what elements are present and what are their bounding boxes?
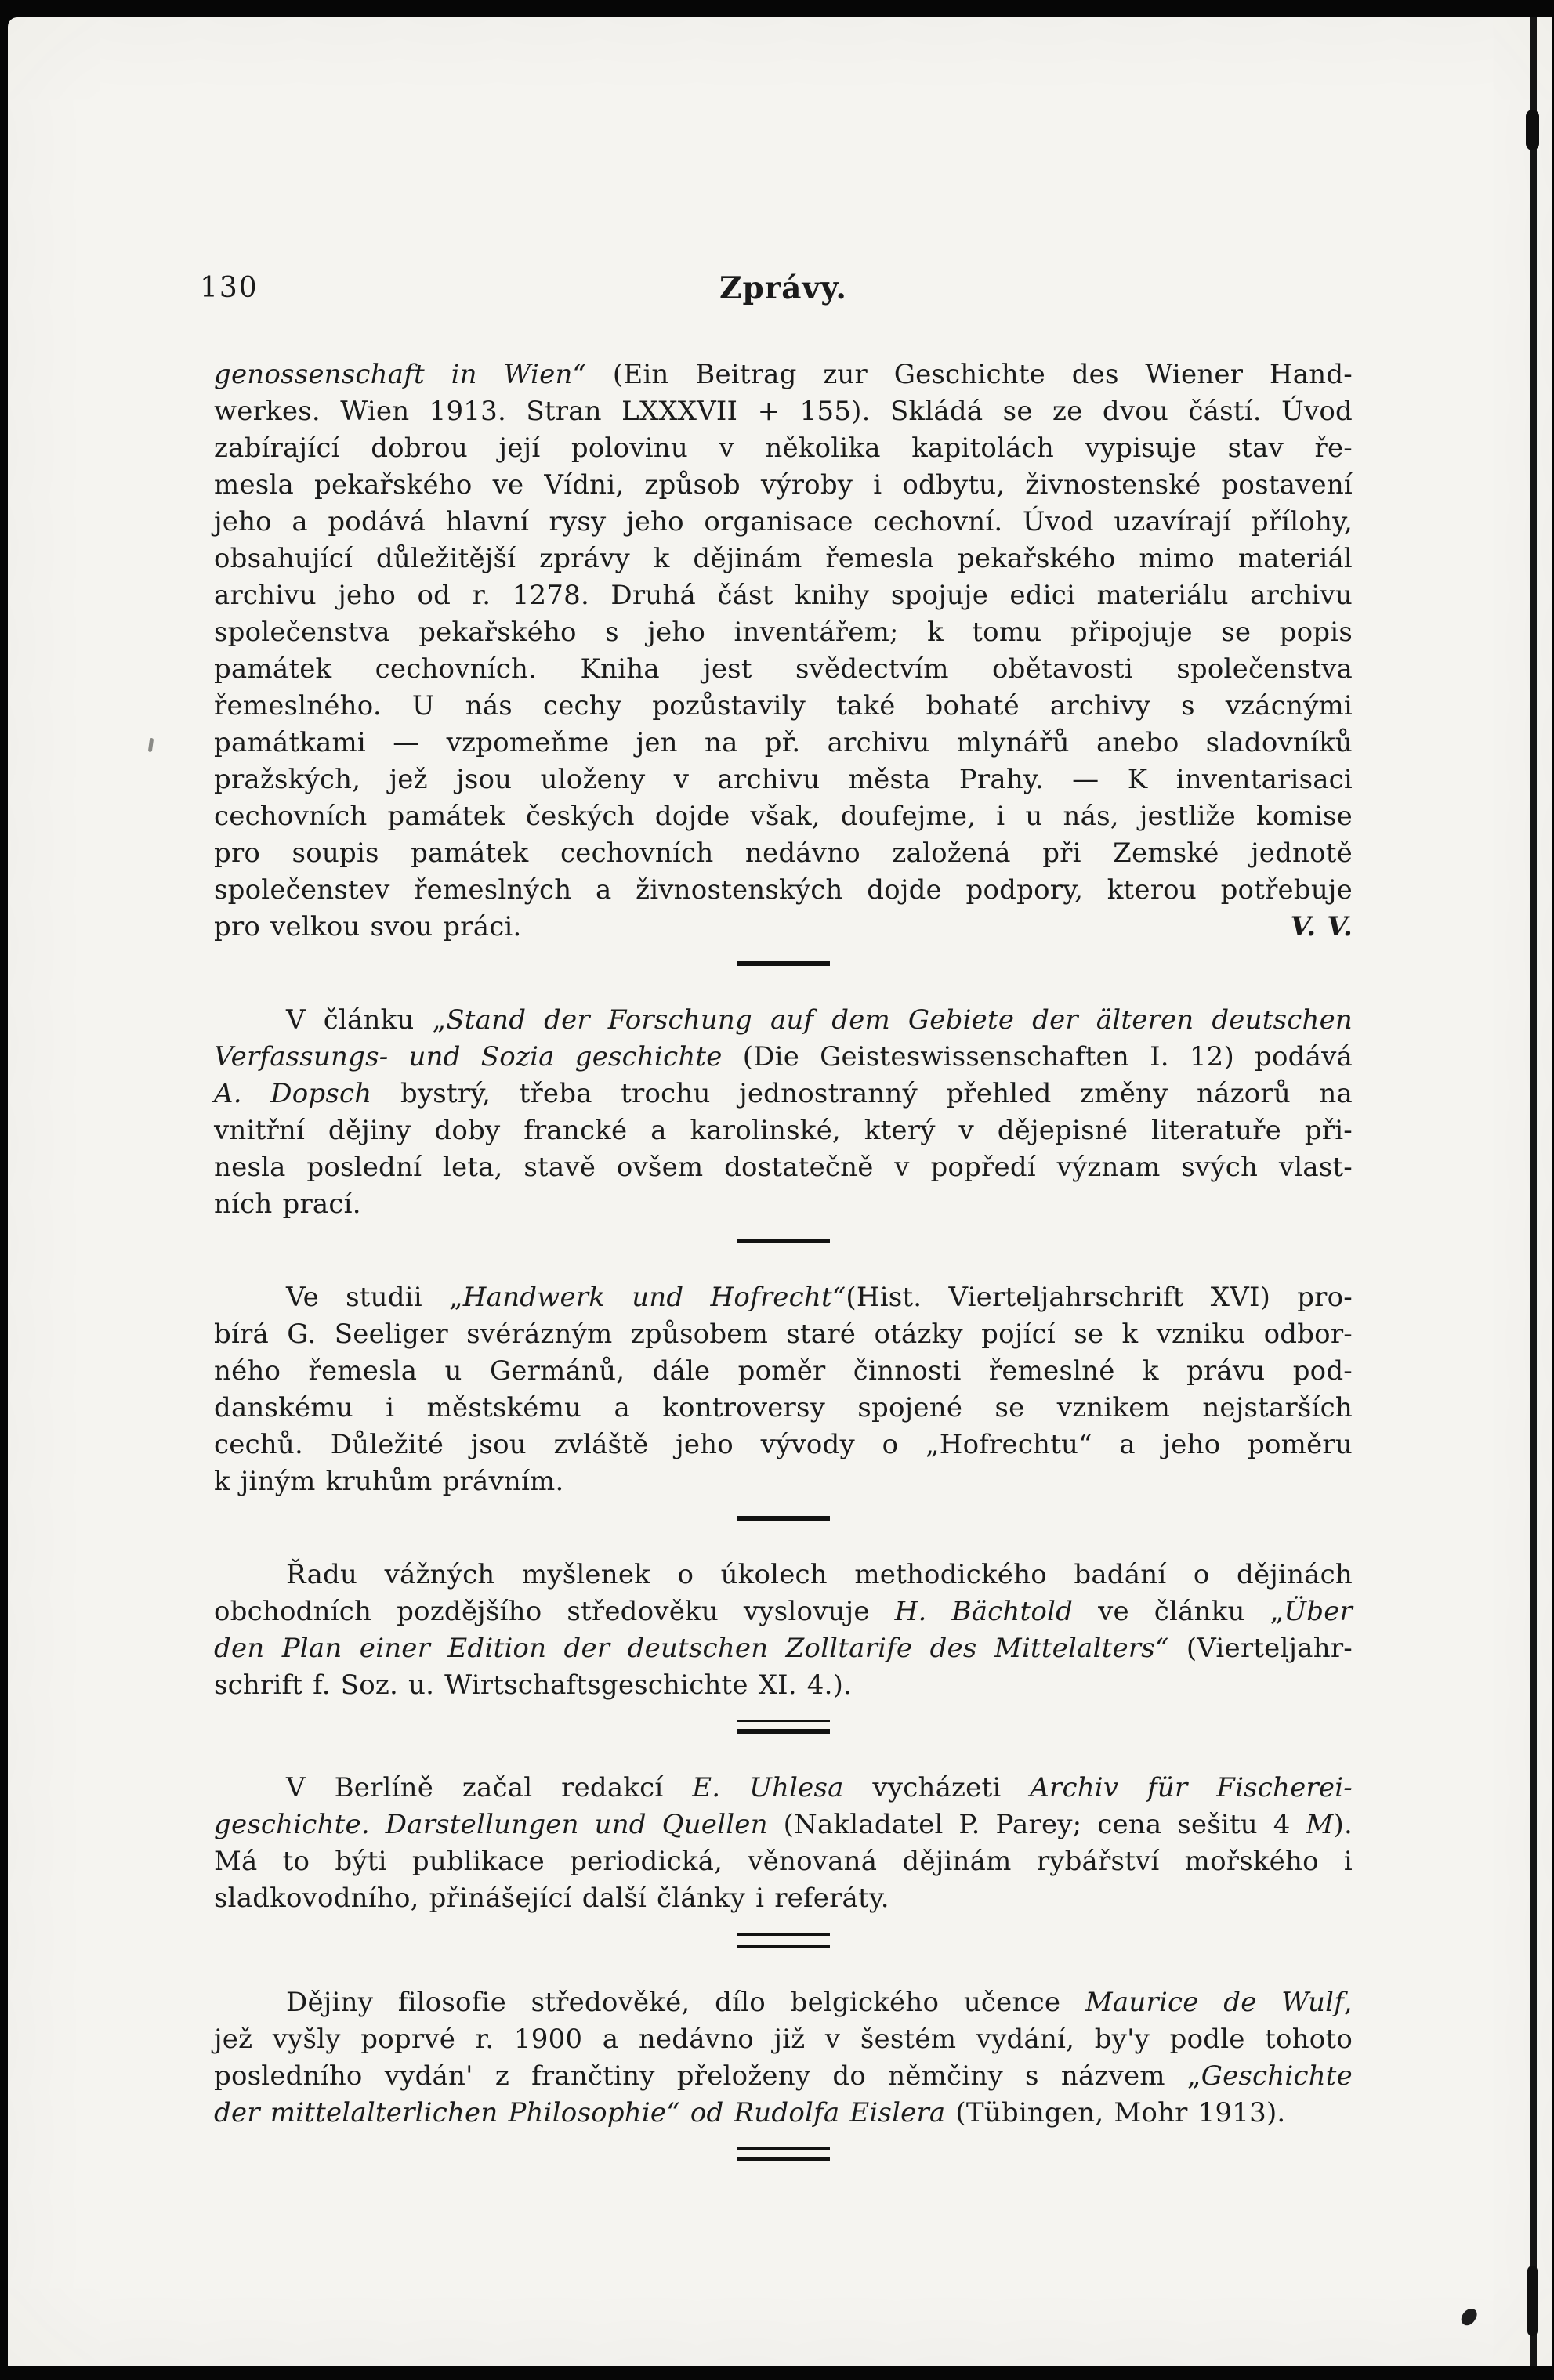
text-line: sladkovodního, přinášející další články … — [214, 1880, 1353, 1917]
paragraph: V Berlíně začal redakcí E. Uhlesa vycház… — [214, 1770, 1353, 1917]
text-line: den Plan einer Edition der deutschen Zol… — [214, 1630, 1353, 1667]
text-line: A. Dopsch bystrý, třeba trochu jednostra… — [214, 1076, 1353, 1112]
text-segment: ních prací. — [214, 1188, 361, 1220]
text-segment: ). — [1334, 1809, 1353, 1840]
page-title: Zprávy. — [214, 270, 1353, 306]
text-segment: Ve studii „ — [286, 1282, 463, 1313]
text-segment: Archiv für Fischerei- — [1030, 1772, 1353, 1803]
signature: V. V. — [1291, 909, 1353, 946]
text-block: genossenschaft in Wien“ (Ein Beitrag zur… — [214, 356, 1353, 2161]
text-segment: Řadu vážných myšlenek o úkolech methodic… — [286, 1559, 1353, 1590]
text-line: werkes. Wien 1913. Stran LXXXVII + 155).… — [214, 393, 1353, 430]
text-segment: werkes. Wien 1913. Stran LXXXVII + 155).… — [214, 396, 1353, 427]
text-line: der mittelalterlichen Philosophie“ od Ru… — [214, 2095, 1353, 2132]
text-line: geschichte. Darstellungen und Quellen (N… — [214, 1807, 1353, 1843]
text-line: V. V.pro velkou svou práci. — [214, 909, 1353, 946]
text-segment: vycházeti — [844, 1772, 1031, 1803]
text-segment: (Die Geisteswissenschaften I. 12) podává — [723, 1041, 1353, 1072]
paragraph: genossenschaft in Wien“ (Ein Beitrag zur… — [214, 356, 1353, 946]
text-segment: (Tübingen, Mohr 1913). — [945, 2097, 1285, 2129]
text-segment: jež vyšly poprvé r. 1900 a nedávno již v… — [214, 2024, 1353, 2055]
text-line: V článku „Stand der Forschung auf dem Ge… — [214, 1002, 1353, 1039]
text-line: cechů. Důležité jsou zvláště jeho vývody… — [214, 1427, 1353, 1463]
text-segment: E. Uhlesa — [692, 1772, 843, 1803]
text-segment: Handwerk und Hofrecht“ — [463, 1282, 846, 1313]
text-line: jeho a podává hlavní rysy jeho organisac… — [214, 504, 1353, 541]
text-segment: obsahující důležitější zprávy k dějinám … — [214, 543, 1353, 574]
text-line: obsahující důležitější zprávy k dějinám … — [214, 541, 1353, 577]
text-segment: památkami — vzpomeňme jen na př. archivu… — [214, 727, 1353, 758]
paragraph: V článku „Stand der Forschung auf dem Ge… — [214, 1002, 1353, 1223]
paragraph: Ve studii „Handwerk und Hofrecht“(Hist. … — [214, 1279, 1353, 1500]
text-segment: zabírající dobrou její polovinu v několi… — [214, 432, 1353, 464]
text-segment: Maurice de Wulf — [1085, 1987, 1344, 2018]
text-line: archivu jeho od r. 1278. Druhá část knih… — [214, 577, 1353, 614]
text-line: Má to býti publikace periodická, věnovan… — [214, 1843, 1353, 1880]
text-segment: danskému i městskému a kontroversy spoje… — [214, 1392, 1353, 1423]
text-segment: památek cechovních. Kniha jest svědectví… — [214, 653, 1353, 685]
text-segment: ve článku „ — [1073, 1596, 1284, 1627]
text-line: společenstev řemeslných a živnostenských… — [214, 872, 1353, 909]
text-segment: Má to býti publikace periodická, věnovan… — [214, 1846, 1353, 1877]
page-edge-line — [1530, 17, 1537, 2366]
text-segment: (Hist. Vierteljahrschrift XVI) pro- — [846, 1282, 1353, 1313]
paragraph: Řadu vážných myšlenek o úkolech methodic… — [214, 1557, 1353, 1704]
text-segment: společenstev řemeslných a živnostenských… — [214, 874, 1353, 906]
text-line: řemeslného. U nás cechy pozůstavily také… — [214, 688, 1353, 725]
text-segment: cechů. Důležité jsou zvláště jeho vývody… — [214, 1429, 1353, 1460]
text-line: Řadu vážných myšlenek o úkolech methodic… — [214, 1557, 1353, 1593]
paragraph: Dějiny filosofie středověké, dílo belgic… — [214, 1984, 1353, 2132]
text-segment: H. Bächtold — [895, 1596, 1073, 1627]
text-segment: ného řemesla u Germánů, dále poměr činno… — [214, 1355, 1353, 1387]
text-segment: k jiným kruhům právním. — [214, 1466, 564, 1497]
text-segment: , — [1344, 1987, 1353, 2018]
text-segment: der mittelalterlichen Philosophie“ od Ru… — [214, 2097, 945, 2129]
text-segment: Stand der Forschung auf dem Gebiete der … — [446, 1004, 1353, 1036]
section-divider — [737, 1239, 830, 1243]
text-line: nesla poslední leta, stavě ovšem dostate… — [214, 1149, 1353, 1186]
section-divider — [737, 1933, 830, 1948]
text-segment: V článku „ — [286, 1004, 446, 1036]
text-segment: mesla pekařského ve Vídni, způsob výroby… — [214, 469, 1353, 501]
text-segment: V Berlíně začal redakcí — [286, 1772, 692, 1803]
text-segment: (Nakladatel P. Parey; cena sešitu 4 — [768, 1809, 1306, 1840]
text-line: vnitřní dějiny doby francké a karolinské… — [214, 1112, 1353, 1149]
text-line: Verfassungs- und Sozia geschichte (Die G… — [214, 1039, 1353, 1076]
text-segment: pro soupis památek cechovních nedávno za… — [214, 837, 1353, 869]
text-segment: bystrý, třeba trochu jednostranný přehle… — [371, 1078, 1353, 1109]
text-segment: společenstva pekařského s jeho inventáře… — [214, 617, 1353, 648]
text-segment: nesla poslední leta, stavě ovšem dostate… — [214, 1152, 1353, 1183]
text-segment: Dějiny filosofie středověké, dílo belgic… — [286, 1987, 1085, 2018]
text-segment: Verfassungs- und Sozia geschichte — [214, 1041, 723, 1072]
text-line: společenstva pekařského s jeho inventáře… — [214, 614, 1353, 651]
page-header: 130 Zprávy. — [214, 270, 1353, 309]
text-segment: Geschichte — [1201, 2060, 1353, 2092]
text-segment: sladkovodního, přinášející další články … — [214, 1883, 889, 1914]
text-column: 130 Zprávy. genossenschaft in Wien“ (Ein… — [214, 270, 1353, 2197]
text-segment: vnitřní dějiny doby francké a karolinské… — [214, 1115, 1353, 1146]
text-segment: bírá G. Seeliger svérázným způsobem star… — [214, 1318, 1353, 1350]
text-segment: (Ein Beitrag zur Geschichte des Wiener H… — [586, 359, 1353, 390]
text-segment: (Vierteljahr- — [1168, 1633, 1353, 1664]
text-line: památkami — vzpomeňme jen na př. archivu… — [214, 725, 1353, 761]
text-segment: posledního vydán' z frančtiny přeloženy … — [214, 2060, 1201, 2092]
text-segment: geschichte. Darstellungen und Quellen — [214, 1809, 768, 1840]
text-line: pro soupis památek cechovních nedávno za… — [214, 835, 1353, 872]
text-line: genossenschaft in Wien“ (Ein Beitrag zur… — [214, 356, 1353, 393]
text-line: obchodních pozdějšího středověku vyslovu… — [214, 1593, 1353, 1630]
text-line: zabírající dobrou její polovinu v několi… — [214, 430, 1353, 467]
text-segment: cechovních památek českých dojde však, d… — [214, 801, 1353, 832]
text-line: danskému i městskému a kontroversy spoje… — [214, 1390, 1353, 1427]
text-segment: A. Dopsch — [214, 1078, 371, 1109]
text-segment: řemeslného. U nás cechy pozůstavily také… — [214, 690, 1353, 722]
text-segment: jeho a podává hlavní rysy jeho organisac… — [214, 506, 1353, 537]
text-line: cechovních památek českých dojde však, d… — [214, 798, 1353, 835]
text-segment: schrift f. Soz. u. Wirtschaftsgeschichte… — [214, 1669, 852, 1701]
text-segment: archivu jeho od r. 1278. Druhá část knih… — [214, 580, 1353, 611]
text-line: ného řemesla u Germánů, dále poměr činno… — [214, 1353, 1353, 1390]
text-segment: pražských, jež jsou uloženy v archivu mě… — [214, 764, 1353, 795]
text-segment: pro velkou svou práci. — [214, 911, 522, 942]
section-divider — [737, 1516, 830, 1521]
text-line: bírá G. Seeliger svérázným způsobem star… — [214, 1316, 1353, 1353]
text-line: pražských, jež jsou uloženy v archivu mě… — [214, 761, 1353, 798]
text-line: ních prací. — [214, 1186, 1353, 1223]
text-line: V Berlíně začal redakcí E. Uhlesa vycház… — [214, 1770, 1353, 1807]
text-segment: den Plan einer Edition der deutschen Zol… — [214, 1633, 1168, 1664]
text-segment: Über — [1284, 1596, 1353, 1627]
text-line: Ve studii „Handwerk und Hofrecht“(Hist. … — [214, 1279, 1353, 1316]
text-line: k jiným kruhům právním. — [214, 1463, 1353, 1500]
section-divider — [737, 961, 830, 966]
text-line: Dějiny filosofie středověké, dílo belgic… — [214, 1984, 1353, 2021]
text-line: posledního vydán' z frančtiny přeloženy … — [214, 2058, 1353, 2095]
text-line: památek cechovních. Kniha jest svědectví… — [214, 651, 1353, 688]
section-divider — [737, 1720, 830, 1734]
scanned-page: 130 Zprávy. genossenschaft in Wien“ (Ein… — [0, 0, 1554, 2380]
text-segment: obchodních pozdějšího středověku vyslovu… — [214, 1596, 895, 1627]
text-line: jež vyšly poprvé r. 1900 a nedávno již v… — [214, 2021, 1353, 2058]
section-divider — [737, 2147, 830, 2161]
text-segment: M — [1306, 1809, 1334, 1840]
text-line: mesla pekařského ve Vídni, způsob výroby… — [214, 467, 1353, 504]
text-segment: genossenschaft in Wien“ — [214, 359, 586, 390]
text-line: schrift f. Soz. u. Wirtschaftsgeschichte… — [214, 1667, 1353, 1704]
